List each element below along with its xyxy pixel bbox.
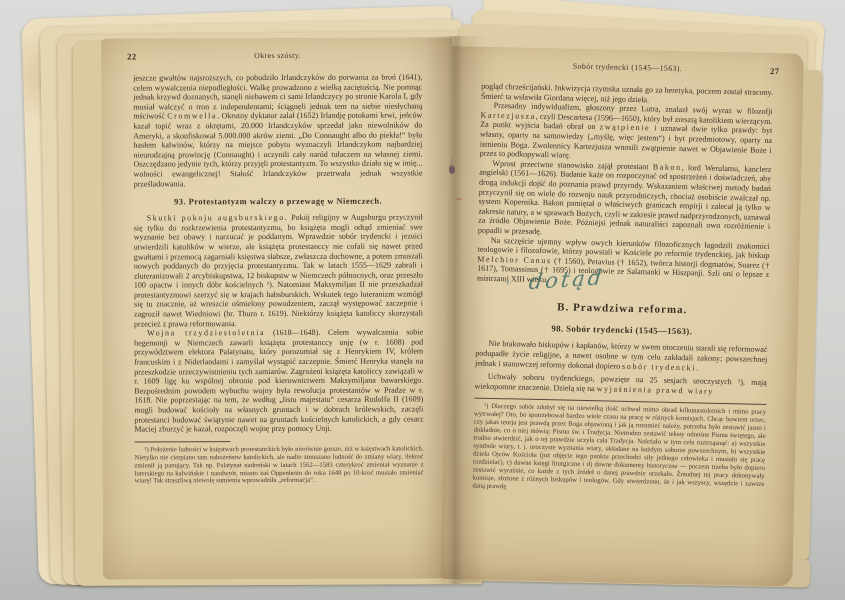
footnote-rule — [134, 441, 230, 442]
ink-blot — [449, 164, 455, 174]
annotation-cross-mark: + — [504, 277, 513, 290]
chapter-heading: B. Prawdziwa reforma. — [476, 300, 768, 318]
running-head: Sobór trydencki (1545—1563). — [482, 60, 774, 75]
running-head: Okres szósty. — [133, 50, 422, 60]
left-page: 22 Okres szósty. jeszcze gwałtów najsroż… — [101, 37, 454, 579]
footnote: ¹) Położenie ludności w księstwach prote… — [134, 445, 423, 486]
paragraph: Skutki pokoju augsburskiego. Pokój relig… — [134, 213, 423, 329]
section-heading: 98. Sobór trydencki (1545—1563). — [476, 322, 768, 338]
left-page-header: 22 Okres szósty. — [133, 50, 422, 64]
paragraph: Na szczęście ujemny wpływ owych kierunkó… — [477, 235, 770, 289]
paragraph: jeszcze gwałtów najsroższych, co pobudzi… — [133, 72, 422, 188]
right-page: 27 Sobór trydencki (1545—1563). pogląd c… — [440, 46, 804, 587]
paragraph: Nie brakowało biskupów i kapłanów, którz… — [475, 339, 768, 374]
paragraph: Przesadny indywidualizm, głoszony przez … — [480, 101, 773, 165]
annotation-text: dotąd — [528, 265, 606, 294]
page-number: 27 — [770, 66, 780, 76]
page-number: 22 — [127, 51, 136, 61]
right-page-content: 27 Sobór trydencki (1545—1563). pogląd c… — [440, 46, 804, 587]
left-page-content: 22 Okres szósty. jeszcze gwałtów najsroż… — [101, 37, 454, 579]
margin-mark — [456, 198, 462, 200]
section-heading: 93. Protestantyzm walczy o przewagę w Ni… — [134, 197, 423, 207]
paragraph: Wojna trzydziestoletnia (1618—1648). Cel… — [134, 328, 423, 435]
book-photo: 22 Okres szósty. jeszcze gwałtów najsroż… — [0, 0, 845, 600]
right-page-header: 27 Sobór trydencki (1545—1563). — [481, 60, 773, 79]
paragraph: Wprost przeciwne stanowisko zajął protes… — [478, 158, 772, 241]
paragraph: Uchwały soboru trydenckiego, powzięte na… — [474, 372, 766, 398]
footnote: ¹) Dlaczego sobór zdobył się na niewielk… — [472, 403, 766, 496]
